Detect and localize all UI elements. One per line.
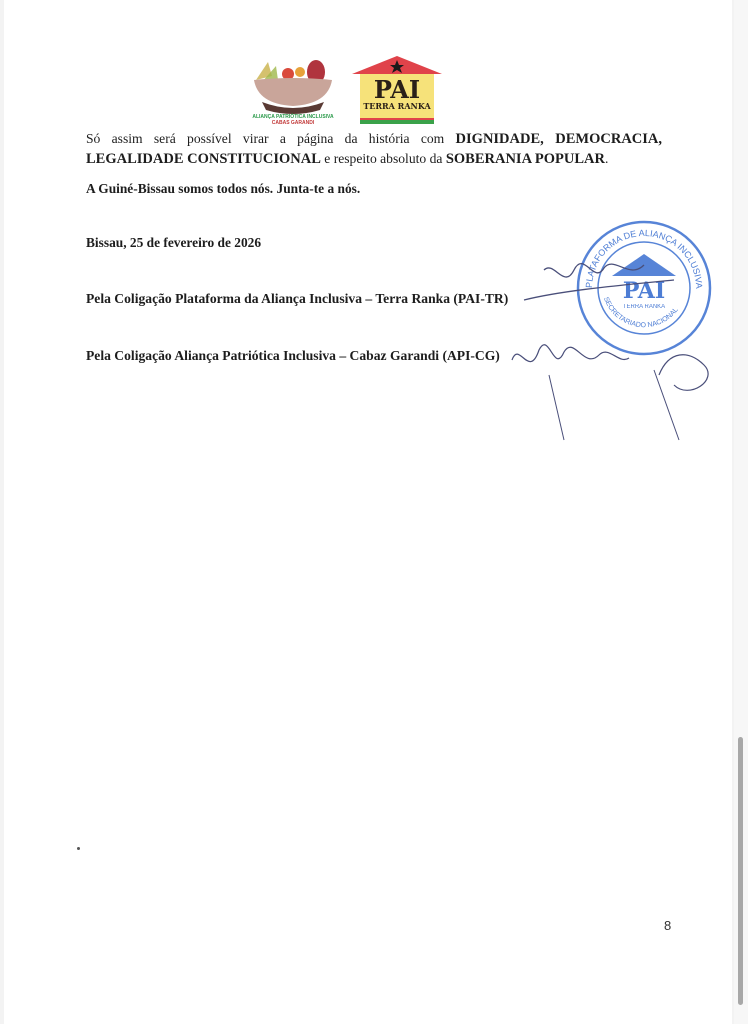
pai-terra-ranka-logo: PAI TERRA RANKA [350,54,444,126]
svg-text:CABAS GARANDI: CABAS GARANDI [272,120,315,126]
document-page: ALIANÇA PATRIÓTICA INCLUSIVA CABAS GARAN… [4,0,732,1024]
svg-text:PAI: PAI [374,75,420,104]
paragraph-text: e respeito absoluto da [321,151,446,166]
scan-speck [77,847,80,850]
svg-text:TERRA RANKA: TERRA RANKA [363,101,431,111]
scrollbar-thumb[interactable] [738,737,743,1005]
call-to-action: A Guiné-Bissau somos todos nós. Junta-te… [86,179,662,198]
api-cabaz-garandi-logo: ALIANÇA PATRIÓTICA INCLUSIVA CABAS GARAN… [248,54,338,126]
closing-paragraph: Só assim será possível virar a página da… [86,129,662,169]
header-logos: ALIANÇA PATRIÓTICA INCLUSIVA CABAS GARAN… [248,54,448,128]
svg-text:ALIANÇA PATRIÓTICA INCLUSIVA: ALIANÇA PATRIÓTICA INCLUSIVA [252,112,334,120]
page-number: 8 [664,918,671,933]
vertical-scrollbar[interactable] [734,0,748,1024]
paragraph-text: . [605,151,608,166]
handwritten-signatures [504,240,734,450]
paragraph-text: Só assim será possível virar a página da… [86,131,456,146]
paragraph-emphasis: SOBERANIA POPULAR [446,151,605,167]
